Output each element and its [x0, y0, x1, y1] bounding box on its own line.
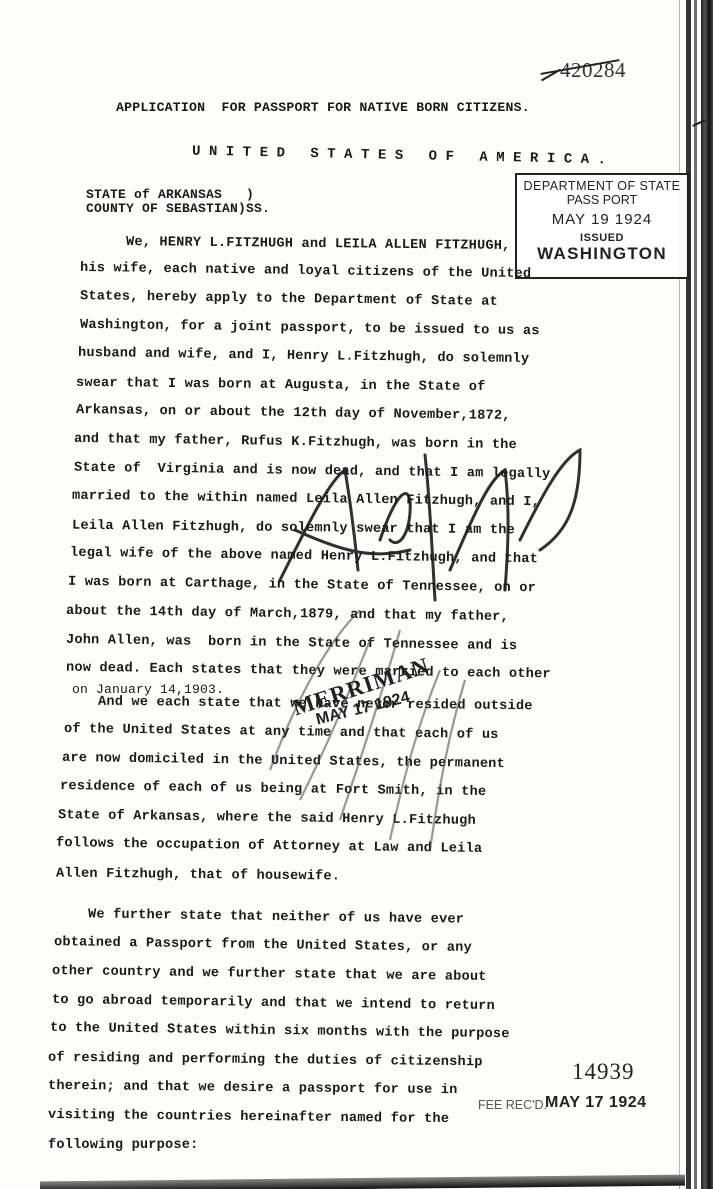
body-line: visiting the countries hereinafter named… [48, 1108, 449, 1127]
body-line: State of Virginia and is now dead, and t… [74, 461, 551, 483]
body-line: John Allen, was born in the State of Ten… [66, 633, 517, 654]
body-line: married to the within named Leila Allen … [72, 489, 540, 511]
body-line: of residing and performing the duties of… [48, 1051, 483, 1071]
scanned-document-page: 420284 APPLICATION FOR PASSPORT FOR NATI… [0, 0, 713, 1189]
stamp-date: MAY 19 1924 [517, 211, 687, 228]
document-subtitle: UNITED STATES OF AMERICA. [192, 144, 615, 169]
fee-received-date: MAY 17 1924 [545, 1094, 647, 1112]
body-line: therein; and that we desire a passport f… [48, 1079, 458, 1098]
body-line: following purpose: [48, 1138, 198, 1153]
body-line: follows the occupation of Attorney at La… [56, 836, 482, 857]
body-line: We further state that neither of us have… [88, 907, 464, 927]
venue-state: STATE of ARKANSAS ) [86, 187, 254, 202]
body-line: his wife, each native and loyal citizens… [80, 261, 531, 282]
body-line: obtained a Passport from the United Stat… [54, 935, 472, 956]
fee-received-label: FEE REC'D. [478, 1098, 547, 1112]
stamp-place: WASHINGTON [517, 244, 687, 264]
body-line: are now domiciled in the United States, … [62, 751, 505, 772]
body-line: and that my father, Rufus K.Fitzhugh, wa… [74, 432, 517, 453]
body-line: husband and wife, and I, Henry L.Fitzhug… [78, 346, 529, 367]
body-line: to go abroad temporarily and that we int… [52, 993, 495, 1014]
body-line: residence of each of us being at Fort Sm… [60, 779, 486, 800]
serial-number: 420284 [560, 58, 626, 83]
body-line: to the United States within six months w… [50, 1021, 510, 1042]
body-line: Arkansas, on or about the 12th day of No… [76, 403, 511, 424]
body-line: Leila Allen Fitzhugh, do solemnly swear … [72, 519, 515, 539]
page-edge-shadow [694, 0, 697, 1189]
document-title: APPLICATION FOR PASSPORT FOR NATIVE BORN… [116, 100, 530, 115]
body-line: swear that I was born at Augusta, in the… [76, 376, 486, 395]
body-line: legal wife of the above named Henry L.Fi… [70, 546, 538, 568]
venue-county: COUNTY OF SEBASTIAN)SS. [86, 201, 270, 216]
page-binding-edge [701, 0, 713, 1189]
body-line: Allen Fitzhugh, that of housewife. [56, 867, 340, 885]
passport-issued-stamp: DEPARTMENT OF STATE PASS PORT MAY 19 192… [515, 173, 690, 279]
body-line: other country and we further state that … [52, 964, 487, 985]
page-bottom-shadow [40, 1175, 685, 1189]
body-line: State of Arkansas, where the said Henry … [58, 808, 476, 829]
file-number: 14939 [572, 1059, 635, 1085]
body-line: of the United States at any time and tha… [64, 722, 499, 743]
stamp-passport: PASS PORT [517, 193, 687, 207]
stamp-status: ISSUED [517, 232, 687, 244]
stamp-department: DEPARTMENT OF STATE [517, 179, 687, 193]
body-line: about the 14th day of March,1879, and th… [66, 604, 509, 625]
body-line: Washington, for a joint passport, to be … [80, 318, 540, 339]
body-line: States, hereby apply to the Department o… [80, 289, 498, 310]
body-line: We, HENRY L.FITZHUGH and LEILA ALLEN FIT… [126, 235, 511, 254]
body-line: I was born at Carthage, in the State of … [68, 575, 536, 597]
body-line: now dead. Each states that they were mar… [66, 661, 551, 683]
